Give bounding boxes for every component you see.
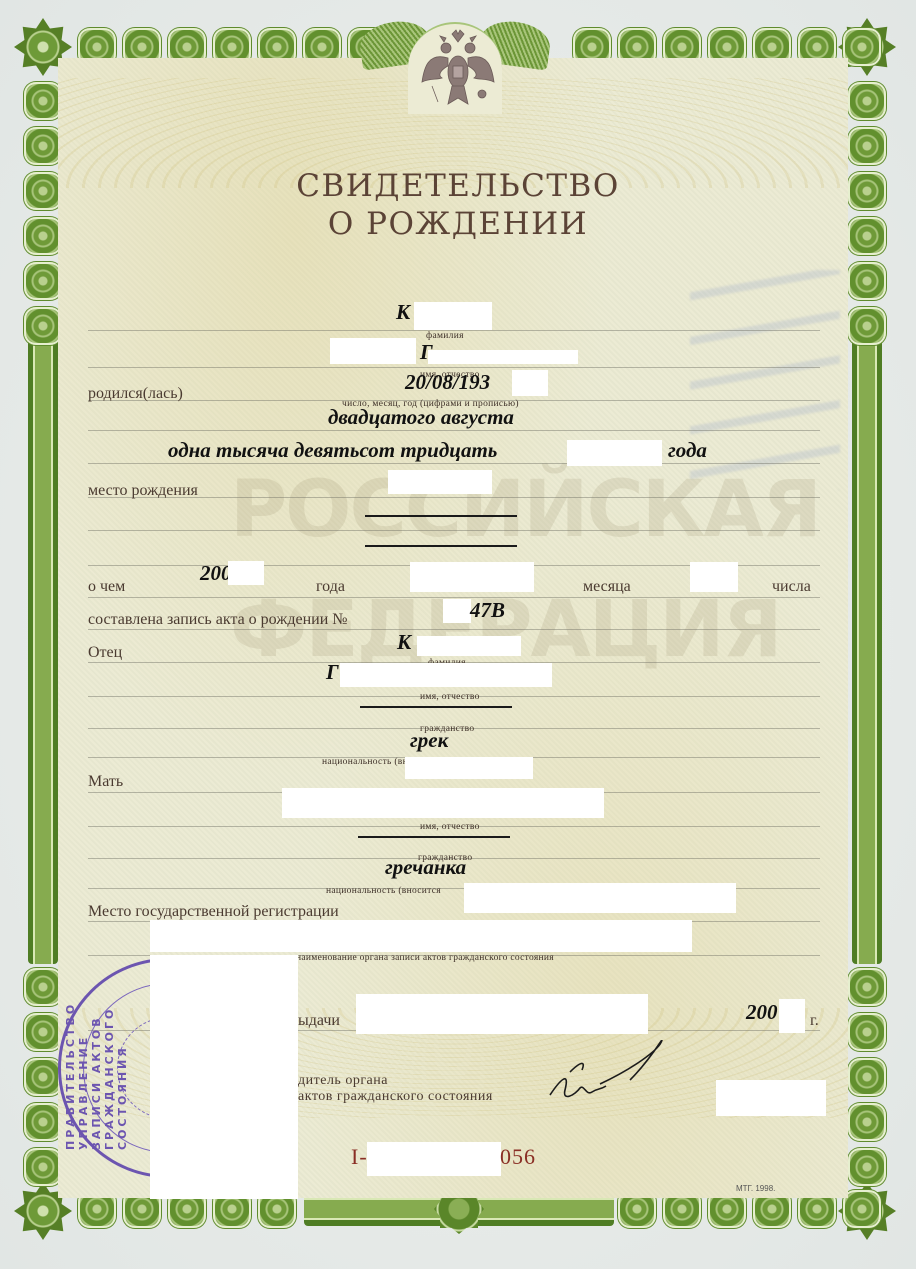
date-of-birth-numeric: 20/08/193 [405, 370, 490, 395]
redacted-area [150, 955, 298, 1199]
date-of-birth-words-line2: одна тысяча девятьсот тридцать [168, 438, 497, 463]
father-nationality: грек [410, 728, 448, 753]
rosette-ornament-icon [848, 1058, 886, 1096]
born-label: родился(лась) [88, 385, 183, 403]
rosette-ornament-icon [843, 28, 881, 66]
page-title: СВИДЕТЕЛЬСТВО [0, 168, 916, 204]
redacted-area [417, 636, 521, 656]
printer-mark: МТГ. 1998. [736, 1184, 775, 1193]
redacted-area [512, 370, 548, 396]
redacted-area [716, 1080, 826, 1116]
rosette-ornament-icon [848, 968, 886, 1006]
redacted-area [414, 302, 492, 330]
month-label: месяца [583, 578, 631, 596]
right-border-bar [852, 314, 882, 964]
father-surname: К [397, 630, 411, 655]
issue-year-suffix: г. [810, 1012, 819, 1030]
record-number-label: составлена запись акта о рождении № [88, 611, 348, 629]
redacted-area [443, 599, 471, 623]
page-subtitle: О РОЖДЕНИИ [0, 206, 916, 242]
rosette-ornament-icon [848, 82, 886, 120]
russian-double-headed-eagle-icon [418, 28, 498, 114]
filled-dash-line [365, 545, 517, 547]
head-label-line2: актов гражданского состояния [298, 1089, 493, 1105]
redacted-area [428, 350, 578, 364]
rosette-ornament-icon [24, 127, 62, 165]
rosette-ornament-icon [848, 262, 886, 300]
record-year: 200 [200, 561, 232, 586]
left-border-bar [28, 314, 58, 964]
ruled-line [88, 597, 820, 598]
year-label: года [316, 578, 345, 596]
father-label: Отец [88, 644, 122, 662]
rosette-ornament-icon [24, 1103, 62, 1141]
registration-place-label: Место государственной регистрации [88, 903, 339, 921]
birthplace-label: место рождения [88, 482, 198, 500]
ruled-line [88, 430, 820, 431]
filled-dash-line [365, 515, 517, 517]
faded-stamp-imprint [690, 270, 840, 490]
issue-year: 200 [746, 1000, 778, 1025]
date-of-birth-words-suffix: года [668, 438, 707, 463]
redacted-area [228, 561, 264, 585]
rosette-ornament-icon [843, 1190, 881, 1228]
watermark-line: РОССИЙСКАЯ [230, 450, 670, 570]
filled-dash-line [358, 836, 510, 838]
ruled-line [88, 367, 820, 368]
redacted-area [567, 440, 662, 466]
date-of-birth-words-line1: двадцатого августа [328, 405, 514, 430]
father-name: Г [326, 660, 339, 685]
mother-nationality: гречанка [385, 855, 466, 880]
rosette-ornament-icon [24, 82, 62, 120]
mother-label: Мать [88, 773, 123, 791]
redacted-area [690, 562, 738, 592]
issue-date-label: ыдачи [298, 1012, 340, 1030]
about-label: о чем [88, 578, 125, 596]
rosette-ornament-icon [848, 307, 886, 345]
record-number: 47В [470, 598, 505, 623]
ruled-line [88, 530, 820, 531]
head-label-line1: дитель органа [298, 1073, 388, 1089]
name-caption: имя, отчество [420, 822, 480, 832]
redacted-area [779, 999, 805, 1033]
signature [540, 1040, 670, 1120]
rosette-ornament-icon [24, 1148, 62, 1186]
rosette-ornament-icon [848, 1103, 886, 1141]
redacted-area [356, 994, 648, 1034]
redacted-area [282, 788, 604, 818]
redacted-area [330, 338, 416, 364]
redacted-area [405, 757, 533, 779]
filled-dash-line [360, 706, 512, 708]
redacted-area [367, 1142, 501, 1176]
rosette-ornament-icon [24, 262, 62, 300]
rosette-ornament-icon [24, 1013, 62, 1051]
ruled-line [88, 463, 820, 464]
rosette-ornament-icon [24, 307, 62, 345]
name-caption: имя, отчество [420, 692, 480, 702]
seal-text: ПРАВИТЕЛЬСТВО УПРАВЛЕНИЕ ЗАПИСИ АКТОВ ГР… [64, 980, 104, 1150]
authority-caption: наименование органа записи актов граждан… [296, 953, 554, 963]
rosette-ornament-icon [848, 127, 886, 165]
ruled-line [88, 629, 820, 630]
child-surname: К [396, 300, 410, 325]
redacted-area [388, 470, 492, 494]
rosette-ornament-icon [24, 968, 62, 1006]
redacted-area [150, 920, 692, 952]
day-label: числа [772, 578, 811, 596]
rosette-ornament-icon [848, 1013, 886, 1051]
redacted-area [340, 663, 552, 687]
serial-number-suffix: 056 [500, 1144, 536, 1170]
rosette-ornament-icon [848, 1148, 886, 1186]
serial-number-prefix: I- [351, 1144, 368, 1170]
redacted-area [410, 562, 534, 592]
nationality-caption: национальность (вносится [326, 886, 441, 896]
redacted-area [464, 883, 736, 913]
rosette-ornament-icon [24, 1058, 62, 1096]
